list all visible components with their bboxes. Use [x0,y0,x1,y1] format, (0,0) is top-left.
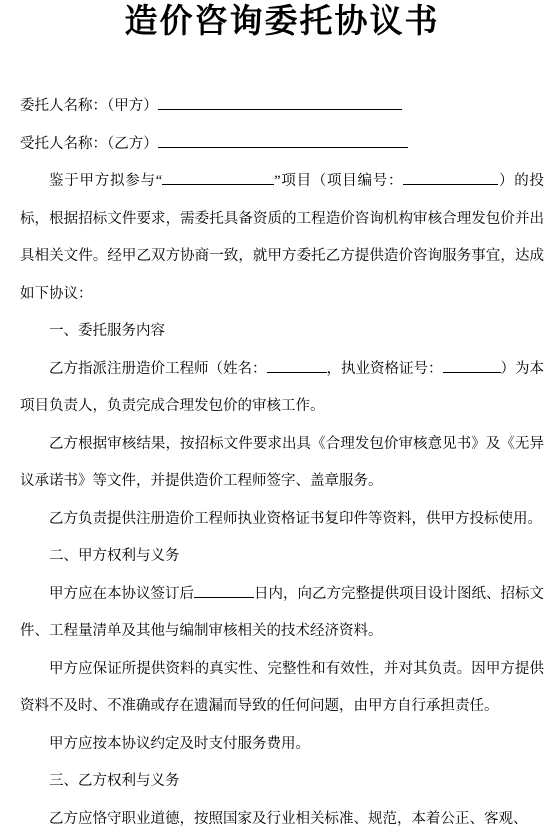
party-a-name-blank [158,96,402,110]
section2-heading: 二、甲方权利与义务 [20,538,544,576]
section2-paragraph1: 甲方应在本协议签订后日内，向乙方完整提供项目设计图纸、招标文件、工程量清单及其他… [20,576,544,651]
section2-paragraph3: 甲方应按本协议约定及时支付服务费用。 [20,726,544,764]
party-a-line: 委托人名称：（甲方） [20,88,544,126]
document-page: 造价咨询委托协议书 委托人名称：（甲方） 受托人名称：（乙方） 鉴于甲方拟参与“… [0,0,556,831]
preamble-seg1: 鉴于甲方拟参与“ [49,173,162,189]
section1-paragraph3: 乙方负责提供注册造价工程师执业资格证书复印件等资料，供甲方投标使用。 [20,501,544,539]
party-a-label: 委托人名称：（甲方） [20,98,158,114]
project-number-blank [403,171,498,185]
section3-paragraph1: 乙方应恪守职业道德，按照国家及行业相关标准、规范，本着公正、客观、 [20,801,544,831]
section1-paragraph2: 乙方根据审核结果，按招标文件要求出具《合理发包价审核意见书》及《无异议承诺书》等… [20,426,544,501]
party-b-line: 受托人名称：（乙方） [20,126,544,164]
party-b-name-blank [158,134,408,148]
section2-paragraph2: 甲方应保证所提供资料的真实性、完整性和有效性，并对其负责。因甲方提供资料不及时、… [20,651,544,726]
document-title: 造价咨询委托协议书 [20,2,544,42]
document-body: 委托人名称：（甲方） 受托人名称：（乙方） 鉴于甲方拟参与“”项目（项目编号：）… [20,88,544,831]
preamble-seg3: ）的投标，根据招标文件要求，需委托具备资质的工程造价咨询机构审核合理发包价并出具… [20,173,544,302]
party-b-label: 受托人名称：（乙方） [20,136,158,152]
section1-p1-seg2: ，执业资格证号： [327,361,443,377]
section1-heading: 一、委托服务内容 [20,313,544,351]
section1-p1-seg1: 乙方指派注册造价工程师（姓名： [49,361,267,377]
certificate-number-blank [443,359,501,373]
section1-paragraph1: 乙方指派注册造价工程师（姓名：，执业资格证号：）为本项目负责人，负责完成合理发包… [20,351,544,426]
preamble-paragraph: 鉴于甲方拟参与“”项目（项目编号：）的投标，根据招标文件要求，需委托具备资质的工… [20,163,544,313]
preamble-seg2: ”项目（项目编号： [274,173,403,189]
section2-p1-seg1: 甲方应在本协议签订后 [49,586,194,602]
engineer-name-blank [267,359,327,373]
days-blank [194,584,254,598]
project-name-blank [162,171,274,185]
section3-heading: 三、乙方权利与义务 [20,763,544,801]
